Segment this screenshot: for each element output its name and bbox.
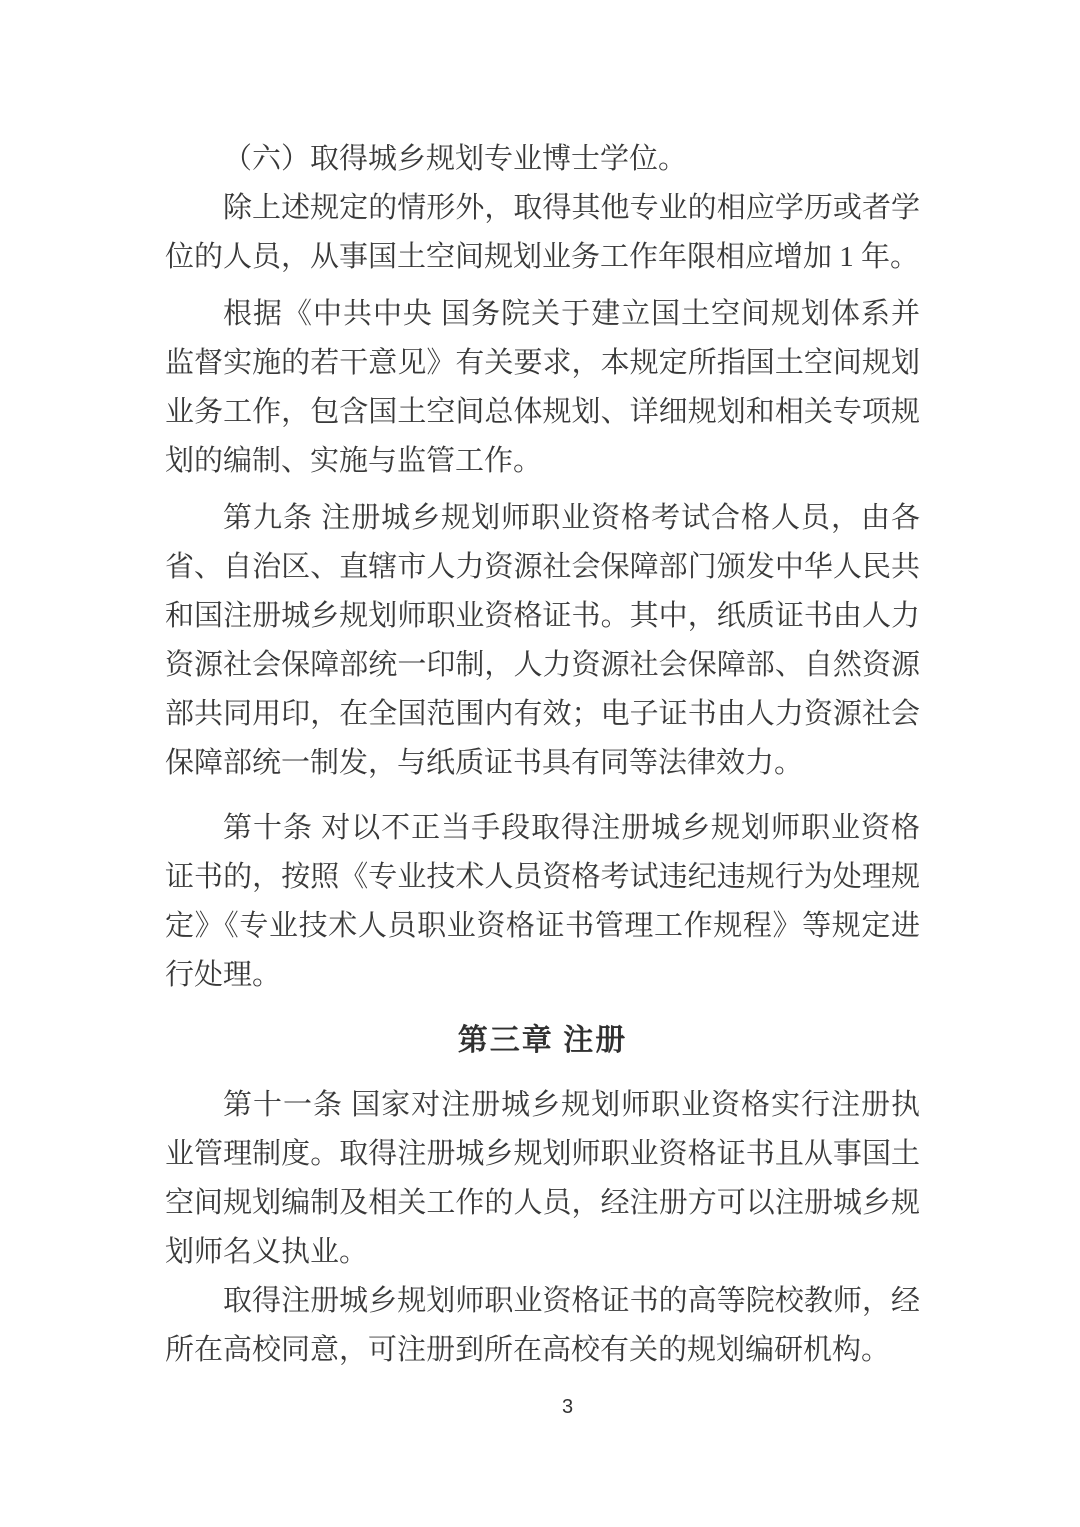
text-line: 业管理制度。取得注册城乡规划师职业资格证书且从事国土 [165,1130,920,1179]
text-line: 空间规划编制及相关工作的人员，经注册方可以注册城乡规 [165,1179,920,1228]
text-line: 划的编制、实施与监管工作。 [165,437,920,486]
text-line: 保障部统一制发，与纸质证书具有同等法律效力。 [165,739,920,788]
page-number: 3 [165,1387,920,1428]
text-line: 所在高校同意，可注册到所在高校有关的规划编研机构。 [165,1326,920,1375]
text-line: 第十条 对以不正当手段取得注册城乡规划师职业资格 [165,804,920,853]
text-line: 监督实施的若干意见》有关要求，本规定所指国土空间规划 [165,339,920,388]
text-line: 业务工作，包含国土空间总体规划、详细规划和相关专项规 [165,388,920,437]
text-line: 划师名义执业。 [165,1228,920,1277]
paragraph: 第九条 注册城乡规划师职业资格考试合格人员，由各 省、自治区、直辖市人力资源社会… [165,494,920,788]
document-body: （六）取得城乡规划专业博士学位。 除上述规定的情形外，取得其他专业的相应学历或者… [165,135,920,1428]
paragraph: 根据《中共中央 国务院关于建立国土空间规划体系并 监督实施的若干意见》有关要求，… [165,290,920,486]
text-line: 除上述规定的情形外，取得其他专业的相应学历或者学 [165,184,920,233]
text-line: 第十一条 国家对注册城乡规划师职业资格实行注册执 [165,1081,920,1130]
paragraph: 除上述规定的情形外，取得其他专业的相应学历或者学 位的人员，从事国土空间规划业务… [165,184,920,282]
paragraph: 第十一条 国家对注册城乡规划师职业资格实行注册执 业管理制度。取得注册城乡规划师… [165,1081,920,1277]
text-line: 资源社会保障部统一印制，人力资源社会保障部、自然资源 [165,641,920,690]
text-line: 根据《中共中央 国务院关于建立国土空间规划体系并 [165,290,920,339]
paragraph: 第十条 对以不正当手段取得注册城乡规划师职业资格 证书的，按照《专业技术人员资格… [165,804,920,1000]
chapter-heading: 第三章 注册 [165,1016,920,1065]
text-line: 和国注册城乡规划师职业资格证书。其中，纸质证书由人力 [165,592,920,641]
text-line: 行处理。 [165,951,920,1000]
text-line: 证书的，按照《专业技术人员资格考试违纪违规行为处理规 [165,853,920,902]
text-line: 部共同用印，在全国范围内有效；电子证书由人力资源社会 [165,690,920,739]
paragraph: 取得注册城乡规划师职业资格证书的高等院校教师，经 所在高校同意，可注册到所在高校… [165,1277,920,1375]
paragraph: （六）取得城乡规划专业博士学位。 [165,135,920,184]
text-line: 取得注册城乡规划师职业资格证书的高等院校教师，经 [165,1277,920,1326]
text-line: 位的人员，从事国土空间规划业务工作年限相应增加 1 年。 [165,233,920,282]
document-page: （六）取得城乡规划专业博士学位。 除上述规定的情形外，取得其他专业的相应学历或者… [0,0,1080,1527]
text-line: 定》《专业技术人员职业资格证书管理工作规程》等规定进 [165,902,920,951]
text-line: 省、自治区、直辖市人力资源社会保障部门颁发中华人民共 [165,543,920,592]
text-line: 第九条 注册城乡规划师职业资格考试合格人员，由各 [165,494,920,543]
text-line: （六）取得城乡规划专业博士学位。 [165,135,920,184]
